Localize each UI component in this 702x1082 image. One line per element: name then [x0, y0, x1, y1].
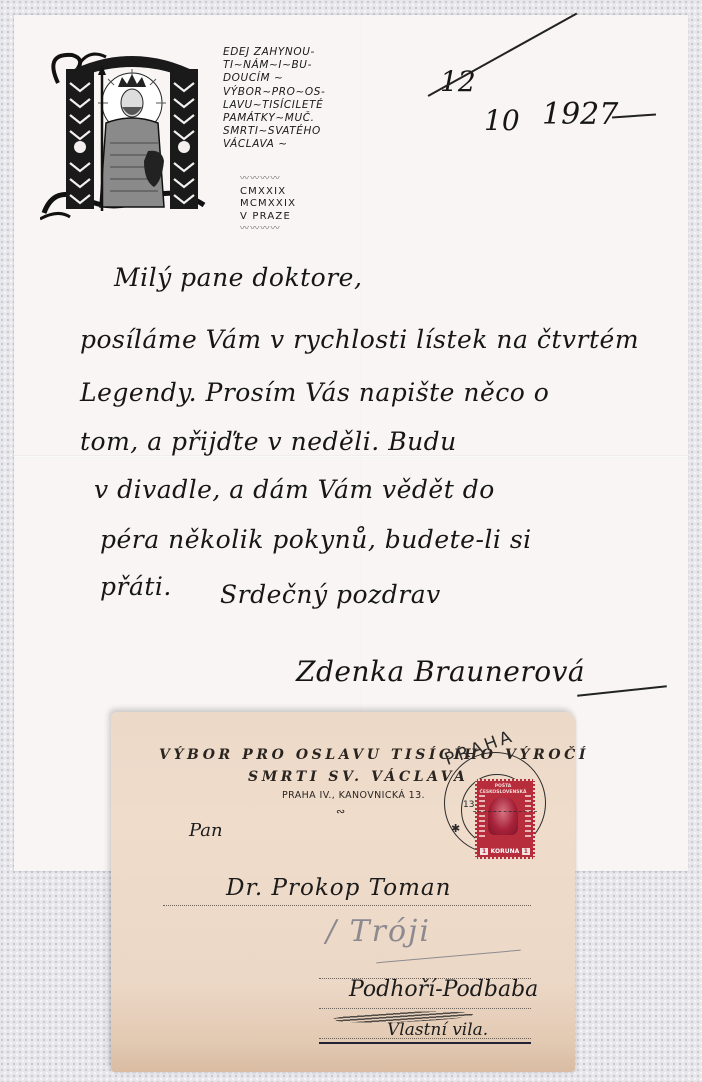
letter-body-line: přáti.: [100, 572, 172, 601]
illuminated-initial-icon: [40, 43, 218, 225]
date-line-place: V PRAZE: [240, 211, 350, 224]
envelope-pencil-note: / Tróji: [326, 914, 431, 949]
address-dotted-line: [319, 978, 531, 979]
letter-closing: Srdečný pozdrav: [220, 580, 441, 609]
motto-line: VÝBOR~PRO~OS-: [223, 86, 351, 99]
letterhead: EDEJ ZAHYNOU- TI~NÁM~I~BU- DOUCÍM ~ VÝBO…: [40, 43, 340, 228]
postage-stamp: POŠTA ČESKOSLOVENSKÁ 1 KORUNA 1: [475, 779, 535, 859]
postmark-date: 13: [463, 800, 474, 810]
envelope-recipient: Dr. Prokop Toman: [226, 875, 451, 901]
stamp-value-right: 1: [522, 848, 530, 855]
ornament-icon: ∾: [336, 805, 345, 818]
motto-line: TI~NÁM~I~BU-: [223, 59, 351, 72]
envelope: VÝBOR PRO OSLAVU TISÍCÍHO VÝROČÍ SMRTI S…: [111, 712, 575, 1072]
letter-body-line: tom, a přijďte v neděli. Budu: [80, 427, 457, 456]
stamp-cancellation-line: [473, 811, 537, 813]
date-line-roman-2: MCMXXIX: [240, 198, 350, 211]
handwritten-date-month: 10: [484, 104, 520, 137]
motto-line: PAMÁTKY~MUČ.: [223, 112, 351, 125]
motto-line: LAVU~TISÍCILETÉ: [223, 99, 351, 112]
pencil-underline: [376, 950, 521, 964]
letter-signature: Zdenka Braunerová: [296, 655, 585, 688]
handwritten-date-year: 1927: [542, 97, 618, 132]
letterhead-dates: 〰〰〰〰 CMXXIX MCMXXIX V PRAZE 〰〰〰〰: [240, 173, 350, 236]
envelope-salutation: Pan: [189, 820, 223, 841]
envelope-org-line-2: SMRTI SV. VÁCLAVA: [248, 769, 468, 785]
stamp-portrait-icon: [488, 797, 518, 835]
motto-line: SMRTI~SVATÉHO: [223, 125, 351, 138]
stamp-value-left: 1: [480, 848, 488, 855]
postmark-star-icon: ✱: [451, 822, 460, 835]
letter-body-line: v divadle, a dám Vám vědět do: [94, 475, 495, 504]
date-tail-stroke: [612, 113, 656, 118]
address-underline: [319, 1042, 531, 1044]
ornament-icon: 〰〰〰〰: [240, 173, 350, 186]
letter-body-line: Legendy. Prosím Vás napište něco o: [80, 378, 549, 407]
address-dotted-line: [319, 1008, 531, 1009]
letter-body-line: posíláme Vám v rychlosti lístek na čtvrt…: [80, 325, 639, 354]
envelope-town: Podhoří-Podbaba: [349, 977, 538, 1002]
motto-line: EDEJ ZAHYNOU-: [223, 46, 351, 59]
ornament-icon: 〰〰〰〰: [240, 223, 350, 236]
letter-body-line: péra několik pokynů, budete-li si: [100, 525, 532, 554]
stamp-country: POŠTA ČESKOSLOVENSKÁ: [479, 784, 527, 795]
signature-flourish: [577, 685, 667, 696]
date-slash-stroke: [428, 13, 577, 97]
letter-salutation: Milý pane doktore,: [114, 263, 362, 292]
stamp-currency: KORUNA: [491, 848, 520, 855]
date-line-roman-1: CMXXIX: [240, 186, 350, 199]
motto-line: DOUCÍM ~: [223, 72, 351, 85]
stamp-border-ornament: [479, 795, 485, 837]
stamp-value-bar: 1 KORUNA 1: [477, 848, 533, 855]
letterhead-motto: EDEJ ZAHYNOU- TI~NÁM~I~BU- DOUCÍM ~ VÝBO…: [223, 46, 351, 152]
address-dotted-line: [163, 905, 531, 906]
address-dotted-line: [319, 1038, 531, 1039]
envelope-villa: Vlastní vila.: [387, 1020, 488, 1040]
motto-line: VÁCLAVA ~: [223, 138, 351, 151]
envelope-sender-address: PRAHA IV., KANOVNICKÁ 13.: [282, 790, 425, 801]
stamp-border-ornament: [525, 795, 531, 837]
